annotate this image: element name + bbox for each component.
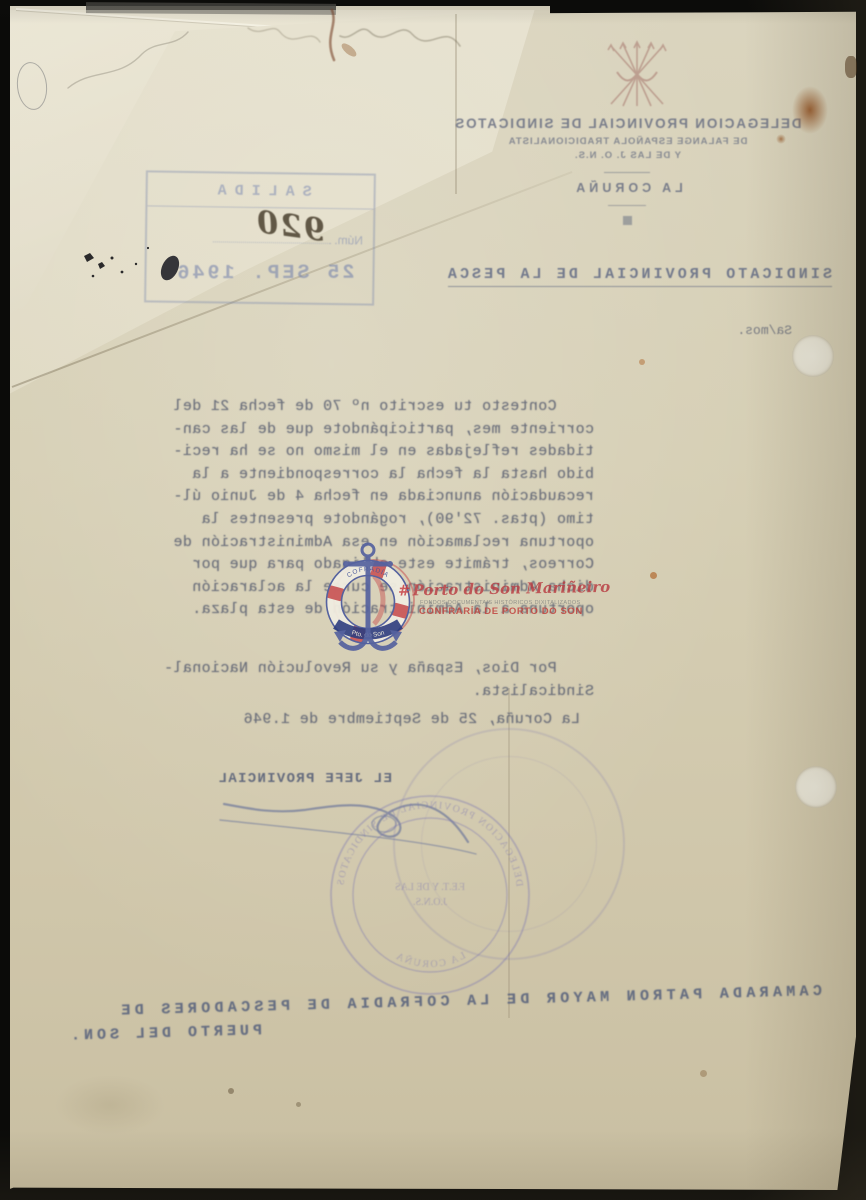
body-line: bido hasta la fecha la correspondiente a… bbox=[150, 464, 594, 487]
letterhead-org-line1: DELEGACION PROVINCIAL DE SINDICATOS bbox=[440, 116, 815, 131]
pencil-scribble-corner bbox=[58, 18, 198, 108]
freckle bbox=[650, 572, 657, 579]
letterhead-square-ornament bbox=[623, 216, 632, 225]
department-heading: SINDICATO PROVINCIAL DE LA PESCA bbox=[448, 266, 832, 287]
body-line: timo (ptas. 72'90), rogándote presentes … bbox=[150, 509, 594, 532]
ink-specks bbox=[78, 234, 198, 294]
punch-hole-top bbox=[792, 335, 834, 377]
edge-stain bbox=[845, 56, 857, 78]
body-line: Contesto tu escrito nº 70 de fecha 21 de… bbox=[150, 396, 594, 419]
typist-reference: Sa/mos. bbox=[737, 323, 792, 338]
pencil-scribble-top bbox=[230, 2, 470, 72]
freckle bbox=[228, 1088, 234, 1094]
body-line: oportuna a la Administración de esta pla… bbox=[150, 599, 594, 622]
bottom-stain bbox=[55, 1075, 165, 1135]
scanned-document-page: DELEGACION PROVINCIAL DE SINDICATOS DE F… bbox=[0, 0, 866, 1200]
punch-hole-bottom bbox=[795, 766, 837, 808]
falange-yoke-arrows-icon bbox=[602, 40, 674, 110]
rust-dot bbox=[776, 134, 786, 144]
body-line: tidades reflejadas en el mismo no se ha … bbox=[150, 441, 594, 464]
freckle bbox=[639, 359, 645, 365]
letter-closing: Por Dios, España y su Revolución Naciona… bbox=[150, 658, 594, 703]
freckle bbox=[296, 1102, 301, 1107]
letterhead-org-line2: DE FALANGE ESPAÑOLA TRADICIONALISTA bbox=[440, 136, 815, 147]
letterhead-rule2 bbox=[609, 205, 647, 206]
letter-body: Contesto tu escrito nº 70 de fecha 21 de… bbox=[150, 396, 594, 622]
body-line: corriente mes, participándote que de las… bbox=[150, 419, 594, 442]
letterhead-rule bbox=[605, 172, 651, 173]
body-line: dicha Administración se curse la aclarac… bbox=[150, 577, 594, 600]
body-line: Correos, trámite este obligado para que … bbox=[150, 554, 594, 577]
dateline: La Coruña, 25 de Septiembre de 1.946 bbox=[210, 711, 580, 728]
round-stamp-second-impression bbox=[393, 728, 625, 960]
addressee-line2: PUERTO DEL SON. bbox=[62, 1022, 262, 1045]
freckle bbox=[700, 1070, 707, 1077]
rust-stain bbox=[792, 86, 828, 134]
round-stamp-inner-ring bbox=[421, 756, 597, 932]
registry-number-label: Núm. bbox=[334, 233, 363, 247]
body-line: oportuna reclamación en esa Administraci… bbox=[150, 532, 594, 555]
registry-stamp-title: SALIDA bbox=[148, 181, 374, 201]
closing-line: Por Dios, España y su Revolución Naciona… bbox=[150, 658, 594, 681]
registry-date-stamp: 25 SEP. 1946 bbox=[174, 262, 354, 286]
body-line: recaudación anunciada en fecha 4 de Juni… bbox=[150, 486, 594, 509]
closing-line: Sindicalista. bbox=[150, 681, 594, 704]
bleed-through-content: DELEGACION PROVINCIAL DE SINDICATOS DE F… bbox=[0, 0, 866, 1200]
letterhead-city: LA CORUÑA bbox=[440, 181, 815, 195]
letterhead-org-line3: Y DE LAS J. O. N.S. bbox=[440, 150, 815, 161]
letterhead: DELEGACION PROVINCIAL DE SINDICATOS DE F… bbox=[440, 40, 815, 225]
ink-blot bbox=[157, 253, 182, 283]
